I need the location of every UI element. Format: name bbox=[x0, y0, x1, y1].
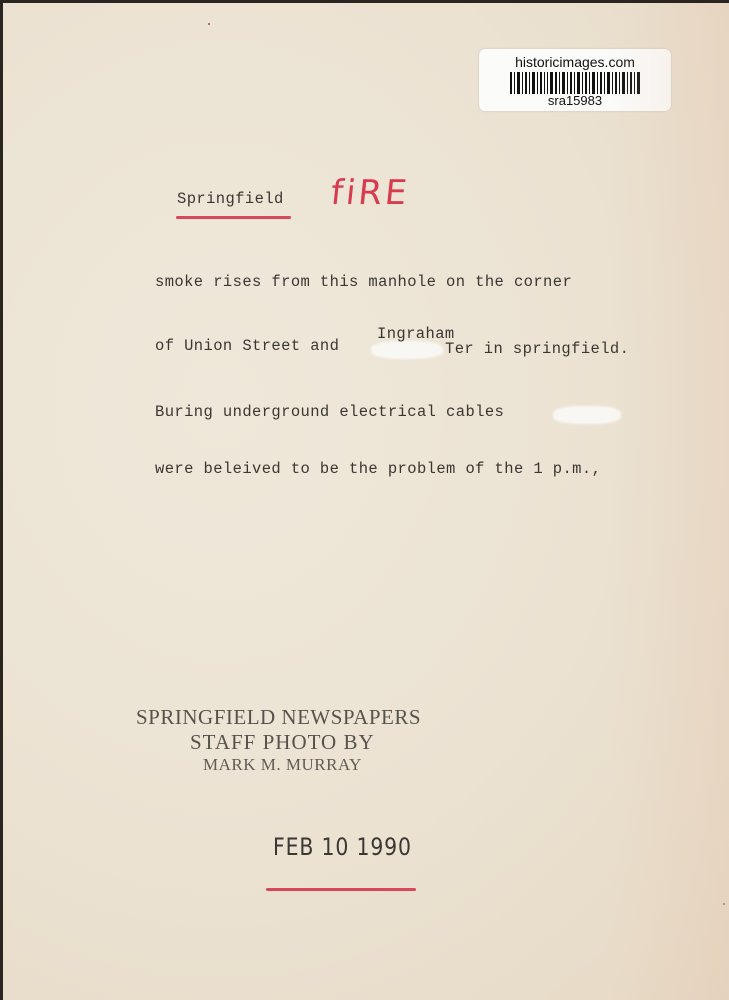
heading-handwritten: fiRE bbox=[329, 173, 412, 213]
heading-typed: Springfield bbox=[177, 190, 284, 208]
label-code: sra15983 bbox=[479, 94, 671, 108]
caption-line-2-suffix: Ter in springfield. bbox=[445, 340, 629, 358]
heading-underline bbox=[176, 216, 291, 219]
date-underline bbox=[266, 888, 416, 891]
caption-line-2-insert: Ingraham bbox=[377, 325, 455, 343]
stamp-credit-heading: STAFF PHOTO BY bbox=[190, 730, 375, 755]
caption-line-1: smoke rises from this manhole on the cor… bbox=[155, 273, 572, 291]
caption-line-2-prefix: of Union Street and bbox=[155, 337, 339, 355]
caption-line-4: were beleived to be the problem of the 1… bbox=[155, 460, 601, 478]
ink-speck bbox=[723, 903, 725, 905]
ink-speck bbox=[208, 23, 210, 25]
correction-fluid bbox=[371, 341, 443, 359]
stamp-publisher: SPRINGFIELD NEWSPAPERS bbox=[136, 705, 421, 730]
label-site: historicimages.com bbox=[479, 54, 671, 70]
barcode-icon bbox=[510, 72, 640, 94]
archive-label: historicimages.com sra15983 bbox=[479, 49, 671, 111]
date-stamp: FEB 10 1990 bbox=[273, 833, 412, 861]
caption-line-3: Buring underground electrical cables bbox=[155, 403, 504, 421]
correction-fluid bbox=[553, 406, 621, 424]
photo-back-document: historicimages.com sra15983 Springfield … bbox=[3, 3, 729, 1000]
stamp-photographer: MARK M. MURRAY bbox=[203, 755, 362, 775]
